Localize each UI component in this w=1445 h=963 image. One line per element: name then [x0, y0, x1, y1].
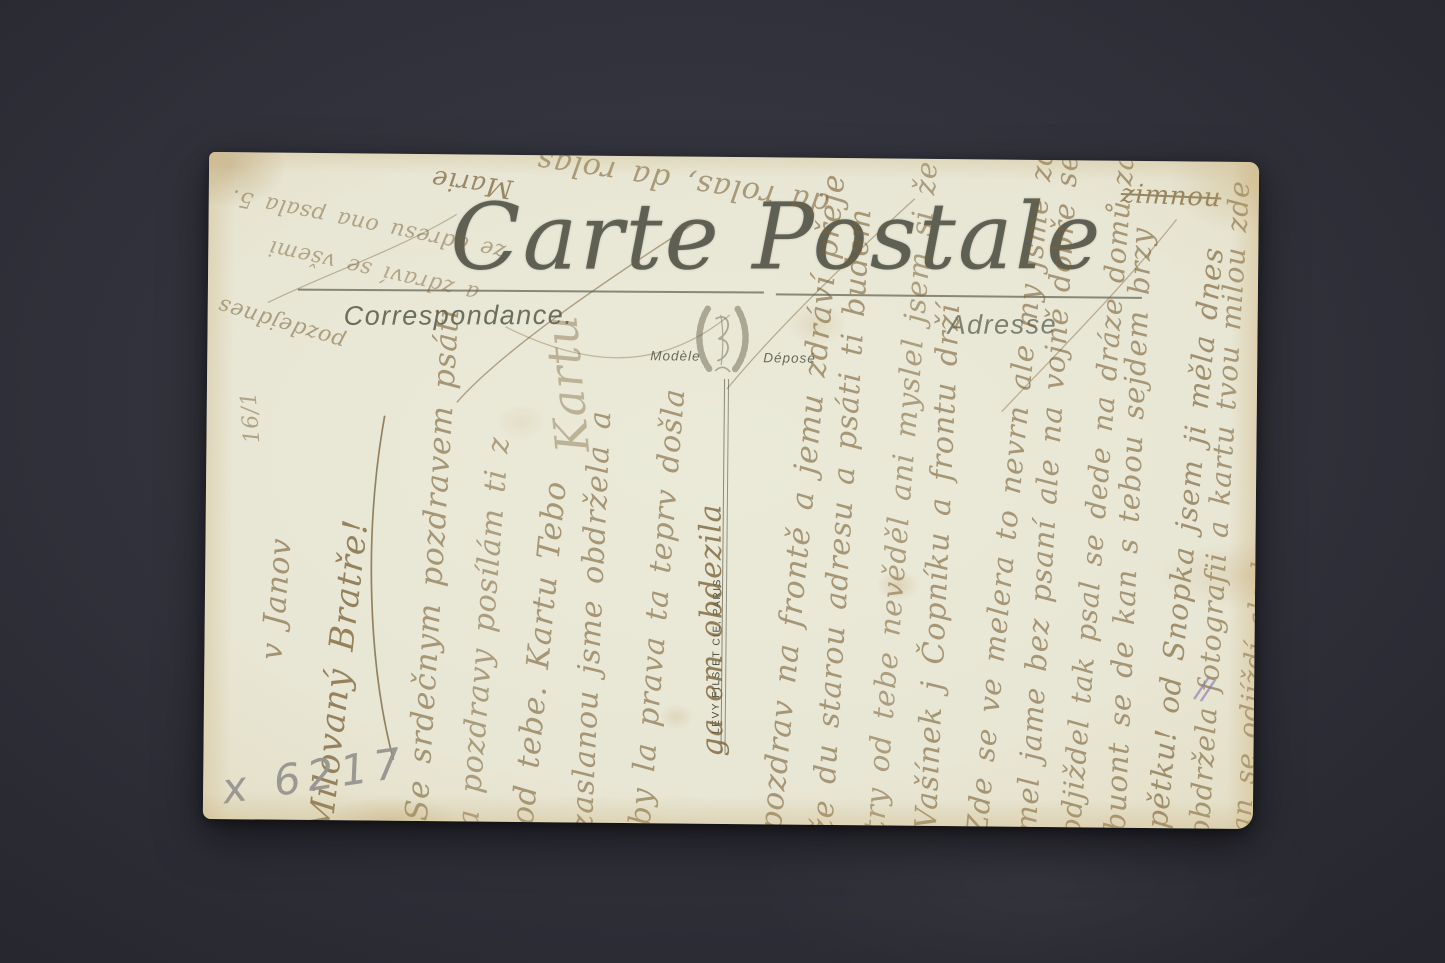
handwriting-line: a pozdravy posílám ti z	[451, 435, 517, 829]
handwriting-line: pozdejdnes	[215, 292, 349, 354]
handwriting-line: od tebe. Kartu Tebo	[505, 479, 574, 826]
handwriting-line: 16/1	[236, 390, 265, 444]
postcard: Carte Postale Correspondance. Adresse Mo…	[203, 152, 1259, 829]
handwriting-layer: 16/1v JanovMilovaný Bratře!Se srdečnym p…	[203, 152, 1259, 829]
handwriting-line: by la prava ta teprv došla	[623, 387, 693, 827]
handwriting-line: Marie	[429, 163, 514, 204]
handwriting-line: da rolas, da rolas	[534, 152, 831, 221]
handwriting-line: v Janov	[254, 536, 299, 661]
photo-background: Carte Postale Correspondance. Adresse Mo…	[0, 0, 1445, 963]
handwriting-line: zimnou	[1120, 179, 1222, 213]
handwriting-line: ga em obdezila	[693, 504, 730, 757]
handwriting-line: zaslanou jsme obdržela a	[565, 410, 619, 830]
